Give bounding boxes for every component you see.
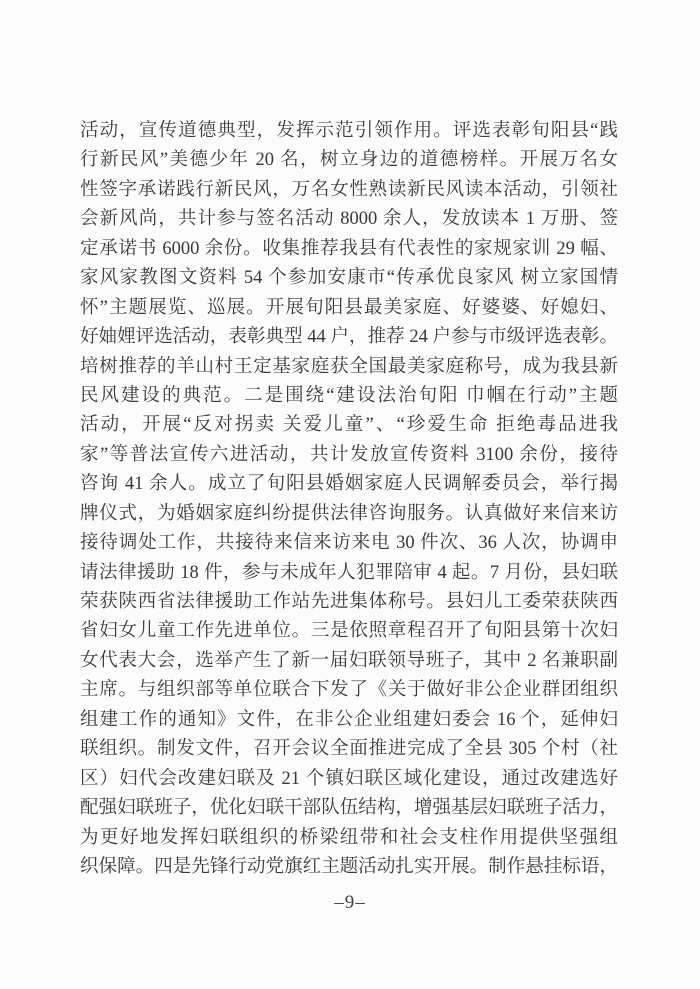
page-number: –9–: [0, 892, 700, 914]
text-line: 联组织。制发文件，召开会议全面推进完成了全县 305 个村（社: [80, 735, 618, 764]
text-line: 组建工作的通知》文件，在非公企业组建妇委会 16 个，延伸妇: [80, 706, 618, 735]
text-line: 会新风尚，共计参与签名活动 8000 余人，发放读本 1 万册、签: [80, 205, 618, 234]
text-line: 培树推荐的羊山村王定基家庭获全国最美家庭称号，成为我县新: [80, 353, 618, 382]
text-line: 活动，开展“反对拐卖 关爱儿童”、“珍爱生命 拒绝毒品进我: [80, 411, 618, 440]
text-line: 咨询 41 余人。成立了旬阳县婚姻家庭人民调解委员会，举行揭: [80, 470, 618, 499]
text-line: 请法律援助 18 件，参与未成年人犯罪陪审 4 起。7 月份，县妇联: [80, 559, 618, 588]
text-line: 主席。与组织部等单位联合下发了《关于做好非公企业群团组织: [80, 676, 618, 705]
text-line: 家风家教图文资料 54 个参加安康市“传承优良家风 树立家国情: [80, 264, 618, 293]
text-line: 定承诺书 6000 余份。收集推荐我县有代表性的家规家训 29 幅、: [80, 235, 618, 264]
text-line: 女代表大会，选举产生了新一届妇联领导班子，其中 2 名兼职副: [80, 647, 618, 676]
text-line: 活动，宣传道德典型，发挥示范引领作用。评选表彰旬阳县“践: [80, 117, 618, 146]
text-line: 好妯娌评选活动，表彰典型 44 户，推荐 24 户参与市级评选表彰。: [80, 323, 618, 352]
text-line: 接待调处工作，共接待来信来访来电 30 件次、36 人次，协调申: [80, 529, 618, 558]
text-line: 牌仪式，为婚姻家庭纠纷提供法律咨询服务。认真做好来信来访: [80, 500, 618, 529]
text-line: 省妇女儿童工作先进单位。三是依照章程召开了旬阳县第十次妇: [80, 617, 618, 646]
text-line: 性签字承诺践行新民风，万名女性熟读新民风读本活动，引领社: [80, 176, 618, 205]
text-line: 怀”主题展览、巡展。开展旬阳县最美家庭、好婆婆、好媳妇、: [80, 294, 618, 323]
text-line: 区）妇代会改建妇联及 21 个镇妇联区域化建设，通过改建选好: [80, 765, 618, 794]
text-line: 织保障。四是先锋行动党旗红主题活动扎实开展。制作悬挂标语，: [80, 853, 618, 882]
text-line: 行新民风”美德少年 20 名，树立身边的道德榜样。开展万名女: [80, 146, 618, 175]
document-page: 活动，宣传道德典型，发挥示范引领作用。评选表彰旬阳县“践 行新民风”美德少年 2…: [0, 0, 700, 989]
body-text: 活动，宣传道德典型，发挥示范引领作用。评选表彰旬阳县“践 行新民风”美德少年 2…: [80, 117, 618, 882]
text-line: 配强妇联班子，优化妇联干部队伍结构，增强基层妇联班子活力，: [80, 794, 618, 823]
text-line: 荣获陕西省法律援助工作站先进集体称号。县妇儿工委荣获陕西: [80, 588, 618, 617]
text-line: 为更好地发挥妇联组织的桥梁纽带和社会支柱作用提供坚强组: [80, 824, 618, 853]
text-line: 家”等普法宣传六进活动，共计发放宣传资料 3100 余份，接待: [80, 441, 618, 470]
text-line: 民风建设的典范。二是围绕“建设法治旬阳 巾帼在行动”主题: [80, 382, 618, 411]
